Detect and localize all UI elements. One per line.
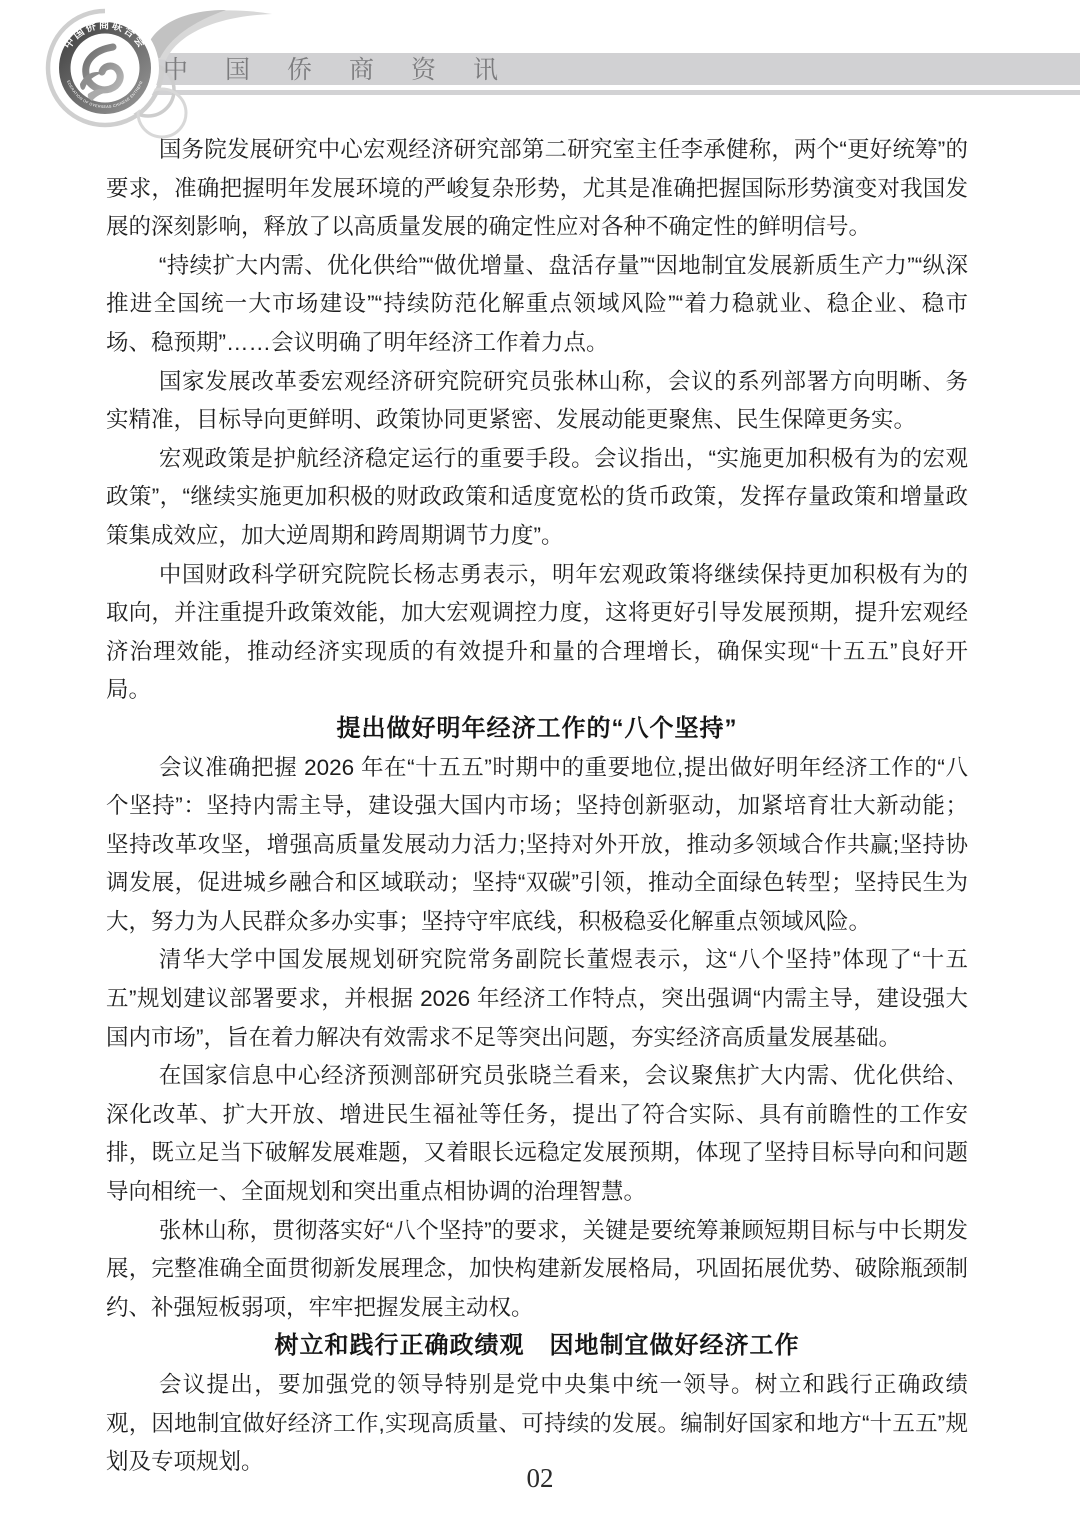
article-body: 国务院发展研究中心宏观经济研究部第二研究室主任李承健称，两个“更好统筹”的要求，… bbox=[106, 131, 968, 1482]
page-number: 02 bbox=[0, 1463, 1080, 1494]
document-page: 中国侨商资讯 bbox=[0, 0, 1080, 1525]
paragraph: 会议准确把握 2026 年在“十五五”时期中的重要地位,提出做好明年经济工作的“… bbox=[106, 749, 968, 942]
section-heading-eight-persistences: 提出做好明年经济工作的“八个坚持” bbox=[106, 710, 968, 749]
paragraph: “持续扩大内需、优化供给”“做优增量、盘活存量”“因地制宜发展新质生产力”“纵深… bbox=[106, 247, 968, 363]
paragraph: 中国财政科学研究院院长杨志勇表示，明年宏观政策将继续保持更加积极有为的取向，并注… bbox=[106, 556, 968, 710]
paragraph: 清华大学中国发展规划研究院常务副院长董煜表示，这“八个坚持”体现了“十五五”规划… bbox=[106, 941, 968, 1057]
paragraph: 宏观政策是护航经济稳定运行的重要手段。会议指出，“实施更加积极有为的宏观政策”，… bbox=[106, 440, 968, 556]
section-heading-political-performance: 树立和践行正确政绩观 因地制宜做好经济工作 bbox=[106, 1327, 968, 1366]
paragraph: 国务院发展研究中心宏观经济研究部第二研究室主任李承健称，两个“更好统筹”的要求，… bbox=[106, 131, 968, 247]
paragraph: 国家发展改革委宏观经济研究院研究员张林山称，会议的系列部署方向明晰、务实精准，目… bbox=[106, 363, 968, 440]
masthead-underline bbox=[143, 90, 1080, 95]
masthead-title: 中国侨商资讯 bbox=[163, 58, 535, 83]
paragraph: 在国家信息中心经济预测部研究员张晓兰看来，会议聚焦扩大内需、优化供给、深化改革、… bbox=[106, 1057, 968, 1211]
paragraph: 张林山称，贯彻落实好“八个坚持”的要求，关键是要统筹兼顾短期目标与中长期发展，完… bbox=[106, 1212, 968, 1328]
